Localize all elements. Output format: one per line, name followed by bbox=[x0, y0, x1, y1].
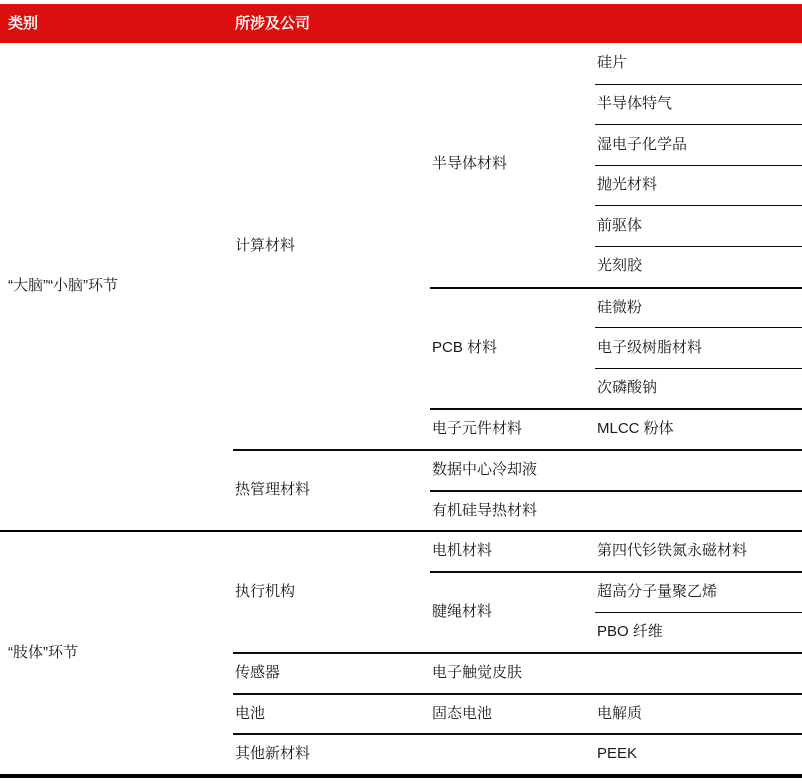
item-cell-polishing-materials: 抛光材料 bbox=[595, 165, 802, 206]
group-cell-actuator: 执行机构 bbox=[233, 530, 430, 652]
subgroup-cell-electronic-components: 电子元件材料 bbox=[430, 408, 595, 449]
subgroup-cell-empty bbox=[430, 733, 595, 774]
category-cell-limb: “肢体”环节 bbox=[0, 530, 233, 774]
item-cell-electrolyte: 电解质 bbox=[595, 693, 802, 734]
item-cell-silicon-wafer: 硅片 bbox=[595, 43, 802, 84]
item-cell-semiconductor-specialty-gas: 半导体特气 bbox=[595, 84, 802, 125]
table-body: “大脑”“小脑”环节 “肢体”环节 计算材料 热管理材料 执行机构 传感器 电池… bbox=[0, 43, 802, 778]
group-cell-battery: 电池 bbox=[233, 693, 430, 734]
header-category-label: 类别 bbox=[0, 16, 233, 31]
group-cell-other-new-materials: 其他新材料 bbox=[233, 733, 430, 774]
subgroup-cell-silicone-thermal-materials: 有机硅导热材料 bbox=[430, 490, 595, 531]
item-cell-mlcc-powder: MLCC 粉体 bbox=[595, 408, 802, 449]
group-cell-sensor: 传感器 bbox=[233, 652, 430, 693]
item-cell-wet-electronic-chemicals: 湿电子化学品 bbox=[595, 124, 802, 165]
company-category-table: 类别 所涉及公司 “大脑”“小脑”环节 “肢体”环节 计算材料 热管理材料 执行… bbox=[0, 0, 802, 784]
item-cell-electronic-grade-resin: 电子级树脂材料 bbox=[595, 327, 802, 368]
subgroup-cell-solid-state-battery: 固态电池 bbox=[430, 693, 595, 734]
item-cell-peek: PEEK bbox=[595, 733, 802, 774]
item-cell-pbo-fiber: PBO 纤维 bbox=[595, 612, 802, 653]
item-cell-photoresist: 光刻胶 bbox=[595, 246, 802, 287]
header-companies-label: 所涉及公司 bbox=[233, 16, 802, 31]
category-cell-brain: “大脑”“小脑”环节 bbox=[0, 43, 233, 530]
item-cell-empty-coolant bbox=[595, 449, 802, 490]
item-cell-uhmwpe: 超高分子量聚乙烯 bbox=[595, 571, 802, 612]
item-cell-sodium-hypophosphite: 次磷酸钠 bbox=[595, 368, 802, 409]
group-cell-thermal-management: 热管理材料 bbox=[233, 449, 430, 530]
subgroup-cell-pcb-materials: PCB 材料 bbox=[430, 287, 595, 409]
subgroup-cell-datacenter-coolant: 数据中心冷却液 bbox=[430, 449, 595, 490]
subgroup-cell-semiconductor-materials: 半导体材料 bbox=[430, 43, 595, 287]
subgroup-cell-electronic-tactile-skin: 电子触觉皮肤 bbox=[430, 652, 595, 693]
item-cell-empty-silicone bbox=[595, 490, 802, 531]
group-cell-computing-materials: 计算材料 bbox=[233, 43, 430, 449]
subgroup-cell-tendon-rope-materials: 腱绳材料 bbox=[430, 571, 595, 652]
subgroup-cell-motor-materials: 电机材料 bbox=[430, 530, 595, 571]
item-cell-empty-skin bbox=[595, 652, 802, 693]
item-cell-smfen-magnet: 第四代钐铁氮永磁材料 bbox=[595, 530, 802, 571]
item-cell-silica-micropowder: 硅微粉 bbox=[595, 287, 802, 328]
table-header-row: 类别 所涉及公司 bbox=[0, 4, 802, 43]
item-cell-precursor: 前驱体 bbox=[595, 205, 802, 246]
